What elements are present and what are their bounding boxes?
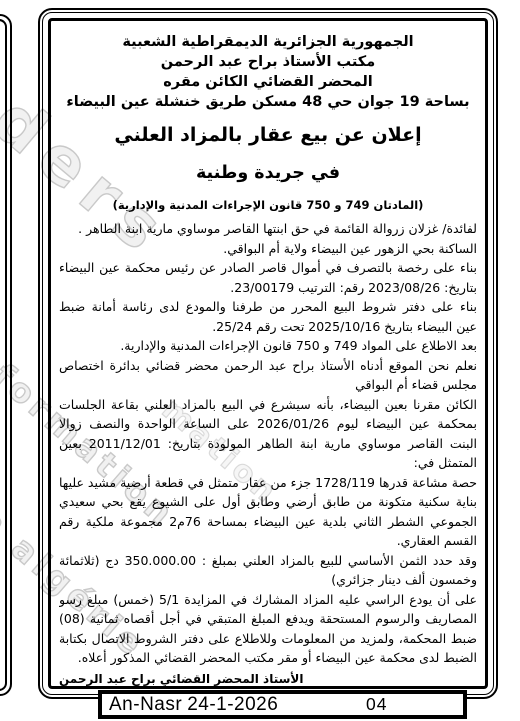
newspaper-legal-notice-page: nders l'information e en algérie mation …	[0, 0, 520, 721]
body-line: على أن يودع الراسي عليه المزاد المشارك ف…	[59, 590, 477, 610]
bailiff-signature: الأستاذ المحضر القضائي براح عبد الرحمن	[59, 671, 477, 687]
body-line: وقد حدد الثمن الأساسي للبيع بالمزاد العل…	[59, 551, 477, 571]
body-line: بتاريخ: 2023/08/26 رقم: الترتيب 23/00179…	[59, 278, 477, 298]
body-line: الساكنة بحي الزهور عين البيضاء ولاية أم …	[59, 239, 477, 259]
body-line: بناء على دفتر شروط البيع المحرر من طرفنا…	[59, 297, 477, 317]
adjacent-ad-frame-fragment	[0, 14, 12, 696]
notice-box-middle-frame: الجمهورية الجزائرية الديمقراطية الشعبية …	[42, 12, 494, 695]
bailiff-title-header: المحضر القضائي الكائن مقره	[59, 72, 477, 92]
body-line: المتمثل في:	[59, 453, 477, 473]
body-line: عين البيضاء بتاريخ 2025/10/16 تحت رقم 25…	[59, 317, 477, 337]
body-line: بمحكمة عين البيضاء ليوم 2026/01/26 على ا…	[59, 414, 477, 434]
body-line: الجموعي الشطر الثاني بلدية عين البيضاء ب…	[59, 512, 477, 532]
journal-reference-bar: An-Nasr 24-1-2026 04	[98, 690, 467, 719]
journal-name-and-date: An-Nasr 24-1-2026	[109, 694, 278, 716]
body-line: البنت القاصر موساوي مارية ابنة الطاهر ال…	[59, 434, 477, 454]
body-line: بعد الاطلاع على المواد 749 و 750 قانون ا…	[59, 336, 477, 356]
notice-subtitle: في جريدة وطنية	[59, 161, 477, 186]
body-line: نعلم نحن الموقع أدناه الأستاذ براح عبد ا…	[59, 356, 477, 376]
body-line: بناية سكنية متكونة من طابق أرضي وطابق أو…	[59, 492, 477, 512]
body-line: لفائدة/ غزلان زروالة القائمة في حق ابنته…	[59, 219, 477, 239]
auction-notice-box: الجمهورية الجزائرية الديمقراطية الشعبية …	[38, 8, 498, 699]
page-number: 04	[366, 694, 387, 715]
body-line: القسم العقاري.	[59, 531, 477, 551]
legal-articles-reference: (المادتان 749 و 750 قانون الإجراءات المد…	[59, 197, 477, 213]
body-line: الكائن مقرنا بعين البيضاء، بأنه سيشرع في…	[59, 395, 477, 415]
body-line: المصاريف والرسوم المستحقة ويدفع المبلغ ا…	[59, 609, 477, 629]
republic-header: الجمهورية الجزائرية الديمقراطية الشعبية	[59, 32, 477, 52]
notice-box-inner-frame: الجمهورية الجزائرية الديمقراطية الشعبية …	[48, 18, 488, 689]
body-line: الضبط لدى محكمة عين البيضاء أو مقر مكتب …	[59, 648, 477, 668]
body-line: بناء على رخصة بالتصرف في أموال قاصر الصا…	[59, 258, 477, 278]
journal-name: An-Nasr	[109, 694, 182, 716]
notice-title: إعلان عن بيع عقار بالمزاد العلني	[59, 122, 477, 149]
body-line: مجلس قضاء أم البواقي	[59, 375, 477, 395]
office-address-header: بساحة 19 جوان حي 48 مسكن طريق خنشلة عين …	[59, 92, 477, 112]
publication-date: 24-1-2026	[187, 694, 278, 716]
bailiff-office-header: مكتب الأستاذ براح عبد الرحمن	[59, 52, 477, 72]
body-line: وخمسون ألف دينار جزائري)	[59, 570, 477, 590]
notice-body: لفائدة/ غزلان زروالة القائمة في حق ابنته…	[59, 219, 477, 668]
body-line: حصة مشاعة قدرها 1728/119 جزء من عقار متم…	[59, 473, 477, 493]
body-line: ضبط المحكمة، ولمزيد من المعلومات وللاطلا…	[59, 629, 477, 649]
notice-content: الجمهورية الجزائرية الديمقراطية الشعبية …	[59, 32, 477, 687]
